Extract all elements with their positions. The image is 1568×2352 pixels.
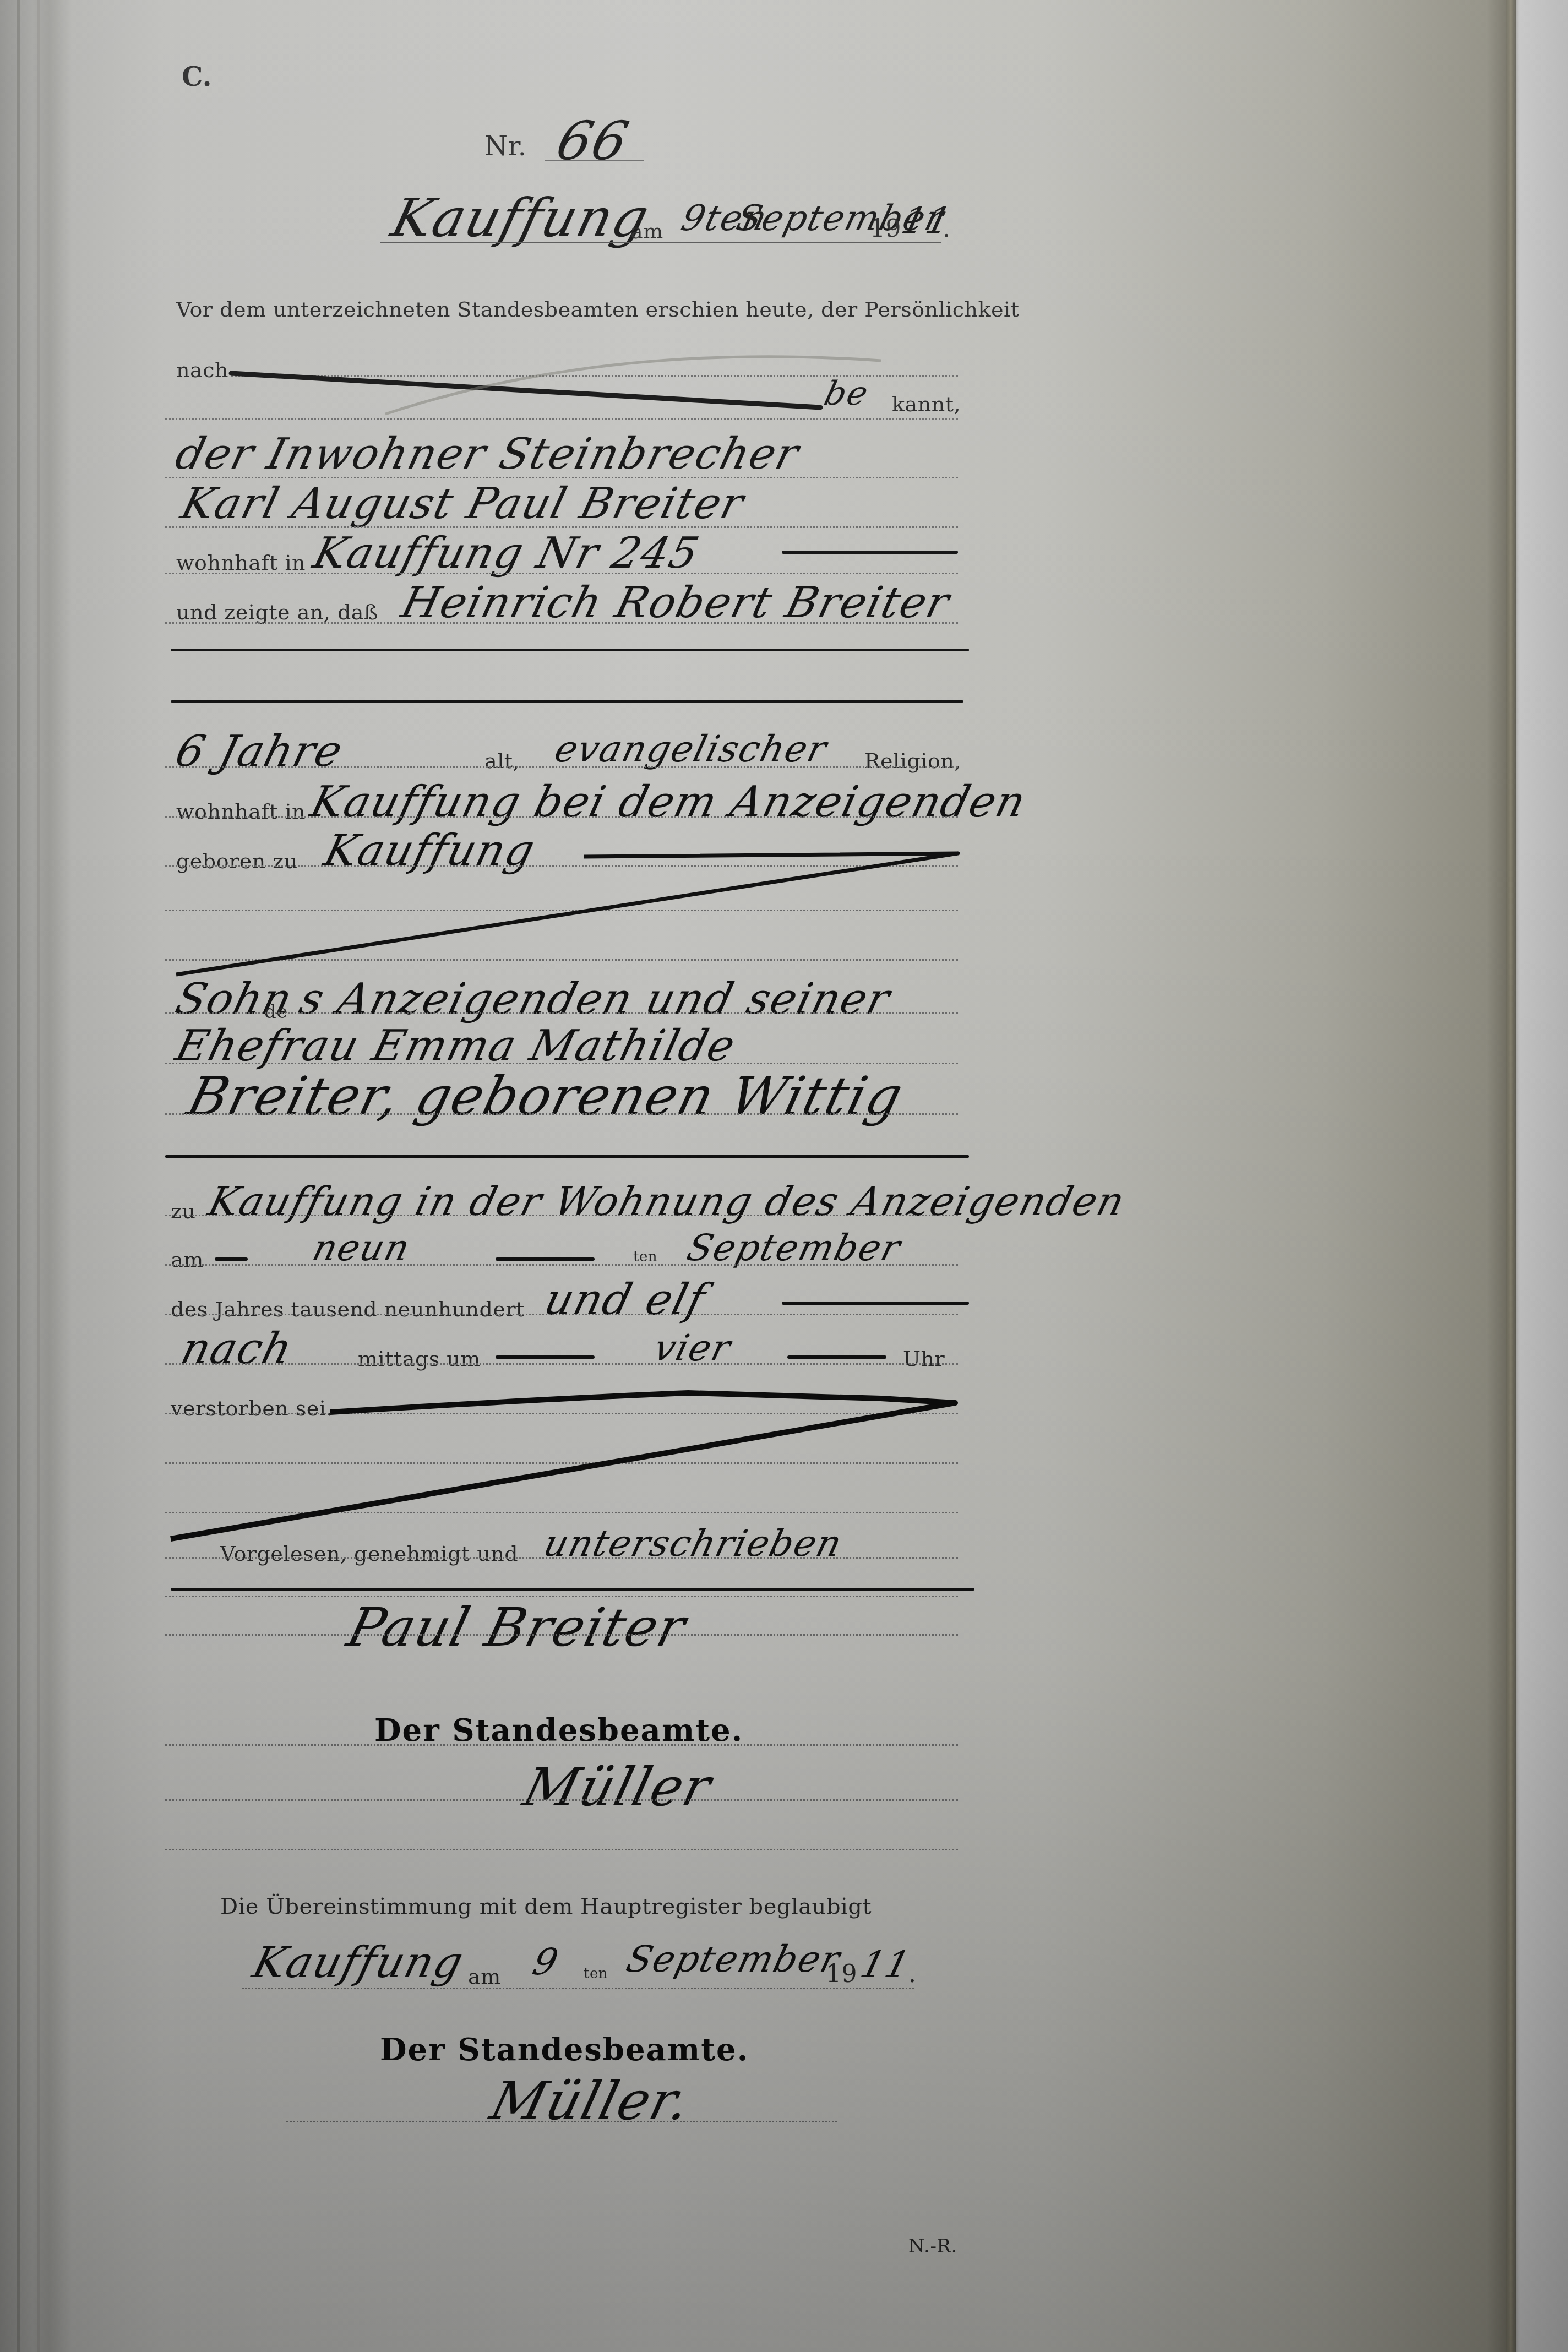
strike-through-lines: [0, 0, 1568, 2352]
